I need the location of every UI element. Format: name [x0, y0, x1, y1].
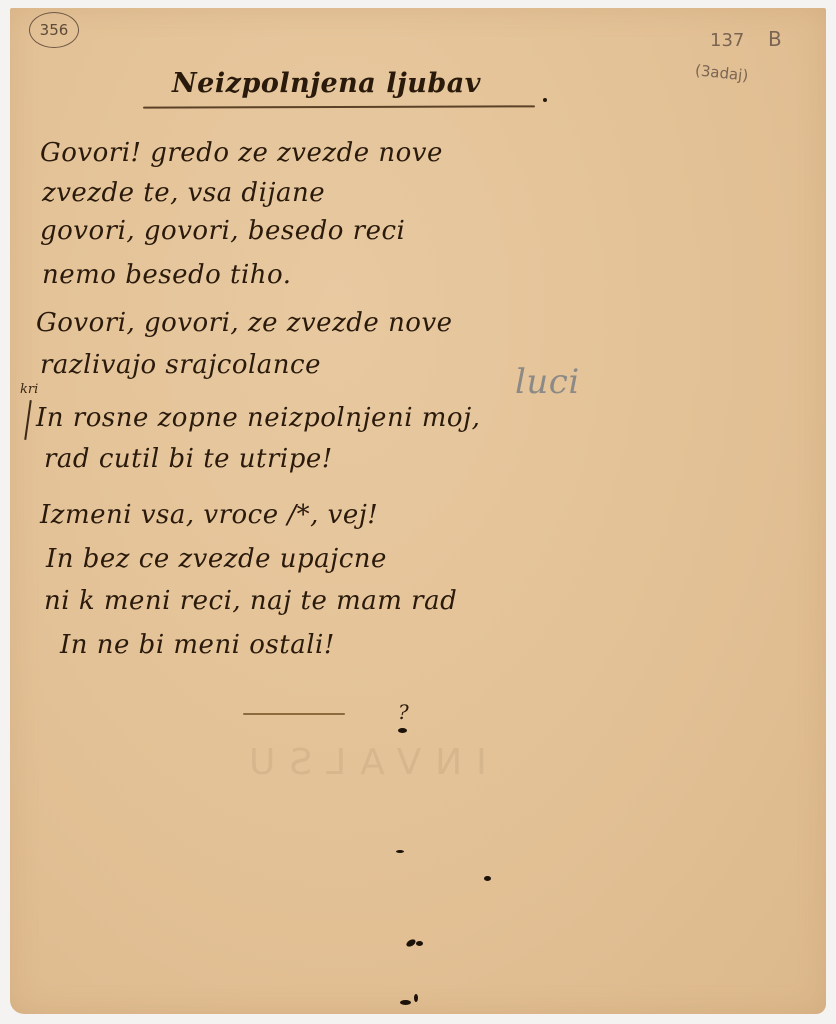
- poem-title: Neizpolnjena ljubav: [172, 68, 481, 99]
- ink-blot: [396, 850, 404, 853]
- margin-note: kri: [20, 382, 38, 397]
- folio-letter: B: [768, 27, 782, 51]
- stanza-3-line-3: ni k meni reci, naj te mam rad: [44, 588, 457, 614]
- stanza-3-line-2: In bez ce zvezde upajcne: [46, 546, 387, 572]
- ink-blot: [400, 1000, 411, 1005]
- show-through-text: INVALSU: [235, 742, 487, 783]
- circled-number-text: 356: [40, 21, 69, 39]
- stanza-3-line-1: Izmeni vsa, vroce /*, vej!: [40, 502, 378, 528]
- folio-number: 137: [710, 30, 744, 51]
- pencil-insertion: luci: [515, 362, 580, 402]
- title-period: [543, 98, 547, 102]
- ink-blot: [484, 876, 491, 881]
- stanza-1-line-4: nemo besedo tiho.: [42, 262, 292, 288]
- ink-blot: [414, 994, 418, 1002]
- stanza-2-line-4: rad cutil bi te utripe!: [44, 446, 333, 472]
- stanza-3-line-4: In ne bi meni ostali!: [60, 632, 335, 658]
- stanza-1-line-1: Govori! gredo ze zvezde nove: [40, 140, 443, 166]
- end-rule: [243, 713, 345, 715]
- ink-blot: [398, 728, 407, 733]
- stanza-2-line-3: In rosne zopne neizpolnjeni moj,: [36, 405, 480, 431]
- circled-page-number: 356: [29, 12, 79, 48]
- end-glyph: ?: [398, 700, 409, 724]
- stanza-1-line-2: zvezde te, vsa dijane: [42, 180, 325, 206]
- stanza-1-line-3: govori, govori, besedo reci: [40, 218, 405, 244]
- stanza-2-line-2: razlivajo srajcolance: [40, 352, 321, 378]
- ink-blot: [416, 941, 423, 946]
- stanza-2-line-1: Govori, govori, ze zvezde nove: [36, 310, 453, 336]
